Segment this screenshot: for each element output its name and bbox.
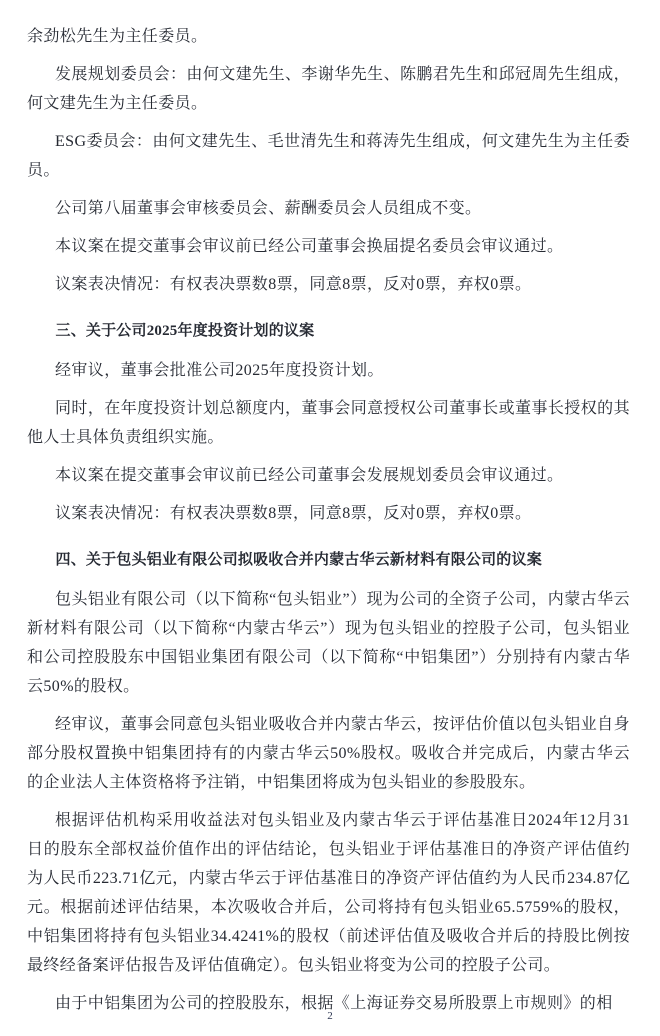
paragraph: 经审议，董事会批准公司2025年度投资计划。 bbox=[27, 356, 630, 385]
paragraph: 本议案在提交董事会审议前已经公司董事会换届提名委员会审议通过。 bbox=[27, 232, 630, 261]
paragraph: 余劲松先生为主任委员。 bbox=[27, 22, 630, 51]
document-page: 余劲松先生为主任委员。发展规划委员会：由何文建先生、李谢华先生、陈鹏君先生和邱冠… bbox=[0, 0, 660, 1036]
document-body: 余劲松先生为主任委员。发展规划委员会：由何文建先生、李谢华先生、陈鹏君先生和邱冠… bbox=[27, 22, 630, 1018]
section-heading: 四、关于包头铝业有限公司拟吸收合并内蒙古华云新材料有限公司的议案 bbox=[27, 546, 630, 575]
paragraph: 包头铝业有限公司（以下简称“包头铝业”）现为公司的全资子公司，内蒙古华云新材料有… bbox=[27, 585, 630, 701]
paragraph: 根据评估机构采用收益法对包头铝业及内蒙古华云于评估基准日2024年12月31日的… bbox=[27, 806, 630, 980]
paragraph: ESG委员会：由何文建先生、毛世清先生和蒋涛先生组成，何文建先生为主任委员。 bbox=[27, 127, 630, 185]
paragraph: 公司第八届董事会审核委员会、薪酬委员会人员组成不变。 bbox=[27, 194, 630, 223]
paragraph: 同时，在年度投资计划总额度内，董事会同意授权公司董事长或董事长授权的其他人士具体… bbox=[27, 394, 630, 452]
section-heading: 三、关于公司2025年度投资计划的议案 bbox=[27, 317, 630, 346]
paragraph: 议案表决情况：有权表决票数8票，同意8票，反对0票，弃权0票。 bbox=[27, 499, 630, 528]
paragraph: 发展规划委员会：由何文建先生、李谢华先生、陈鹏君先生和邱冠周先生组成，何文建先生… bbox=[27, 60, 630, 118]
page-number: 2 bbox=[0, 1009, 660, 1023]
paragraph: 议案表决情况：有权表决票数8票，同意8票，反对0票，弃权0票。 bbox=[27, 270, 630, 299]
paragraph: 经审议，董事会同意包头铝业吸收合并内蒙古华云，按评估价值以包头铝业自身部分股权置… bbox=[27, 710, 630, 797]
paragraph: 本议案在提交董事会审议前已经公司董事会发展规划委员会审议通过。 bbox=[27, 461, 630, 490]
